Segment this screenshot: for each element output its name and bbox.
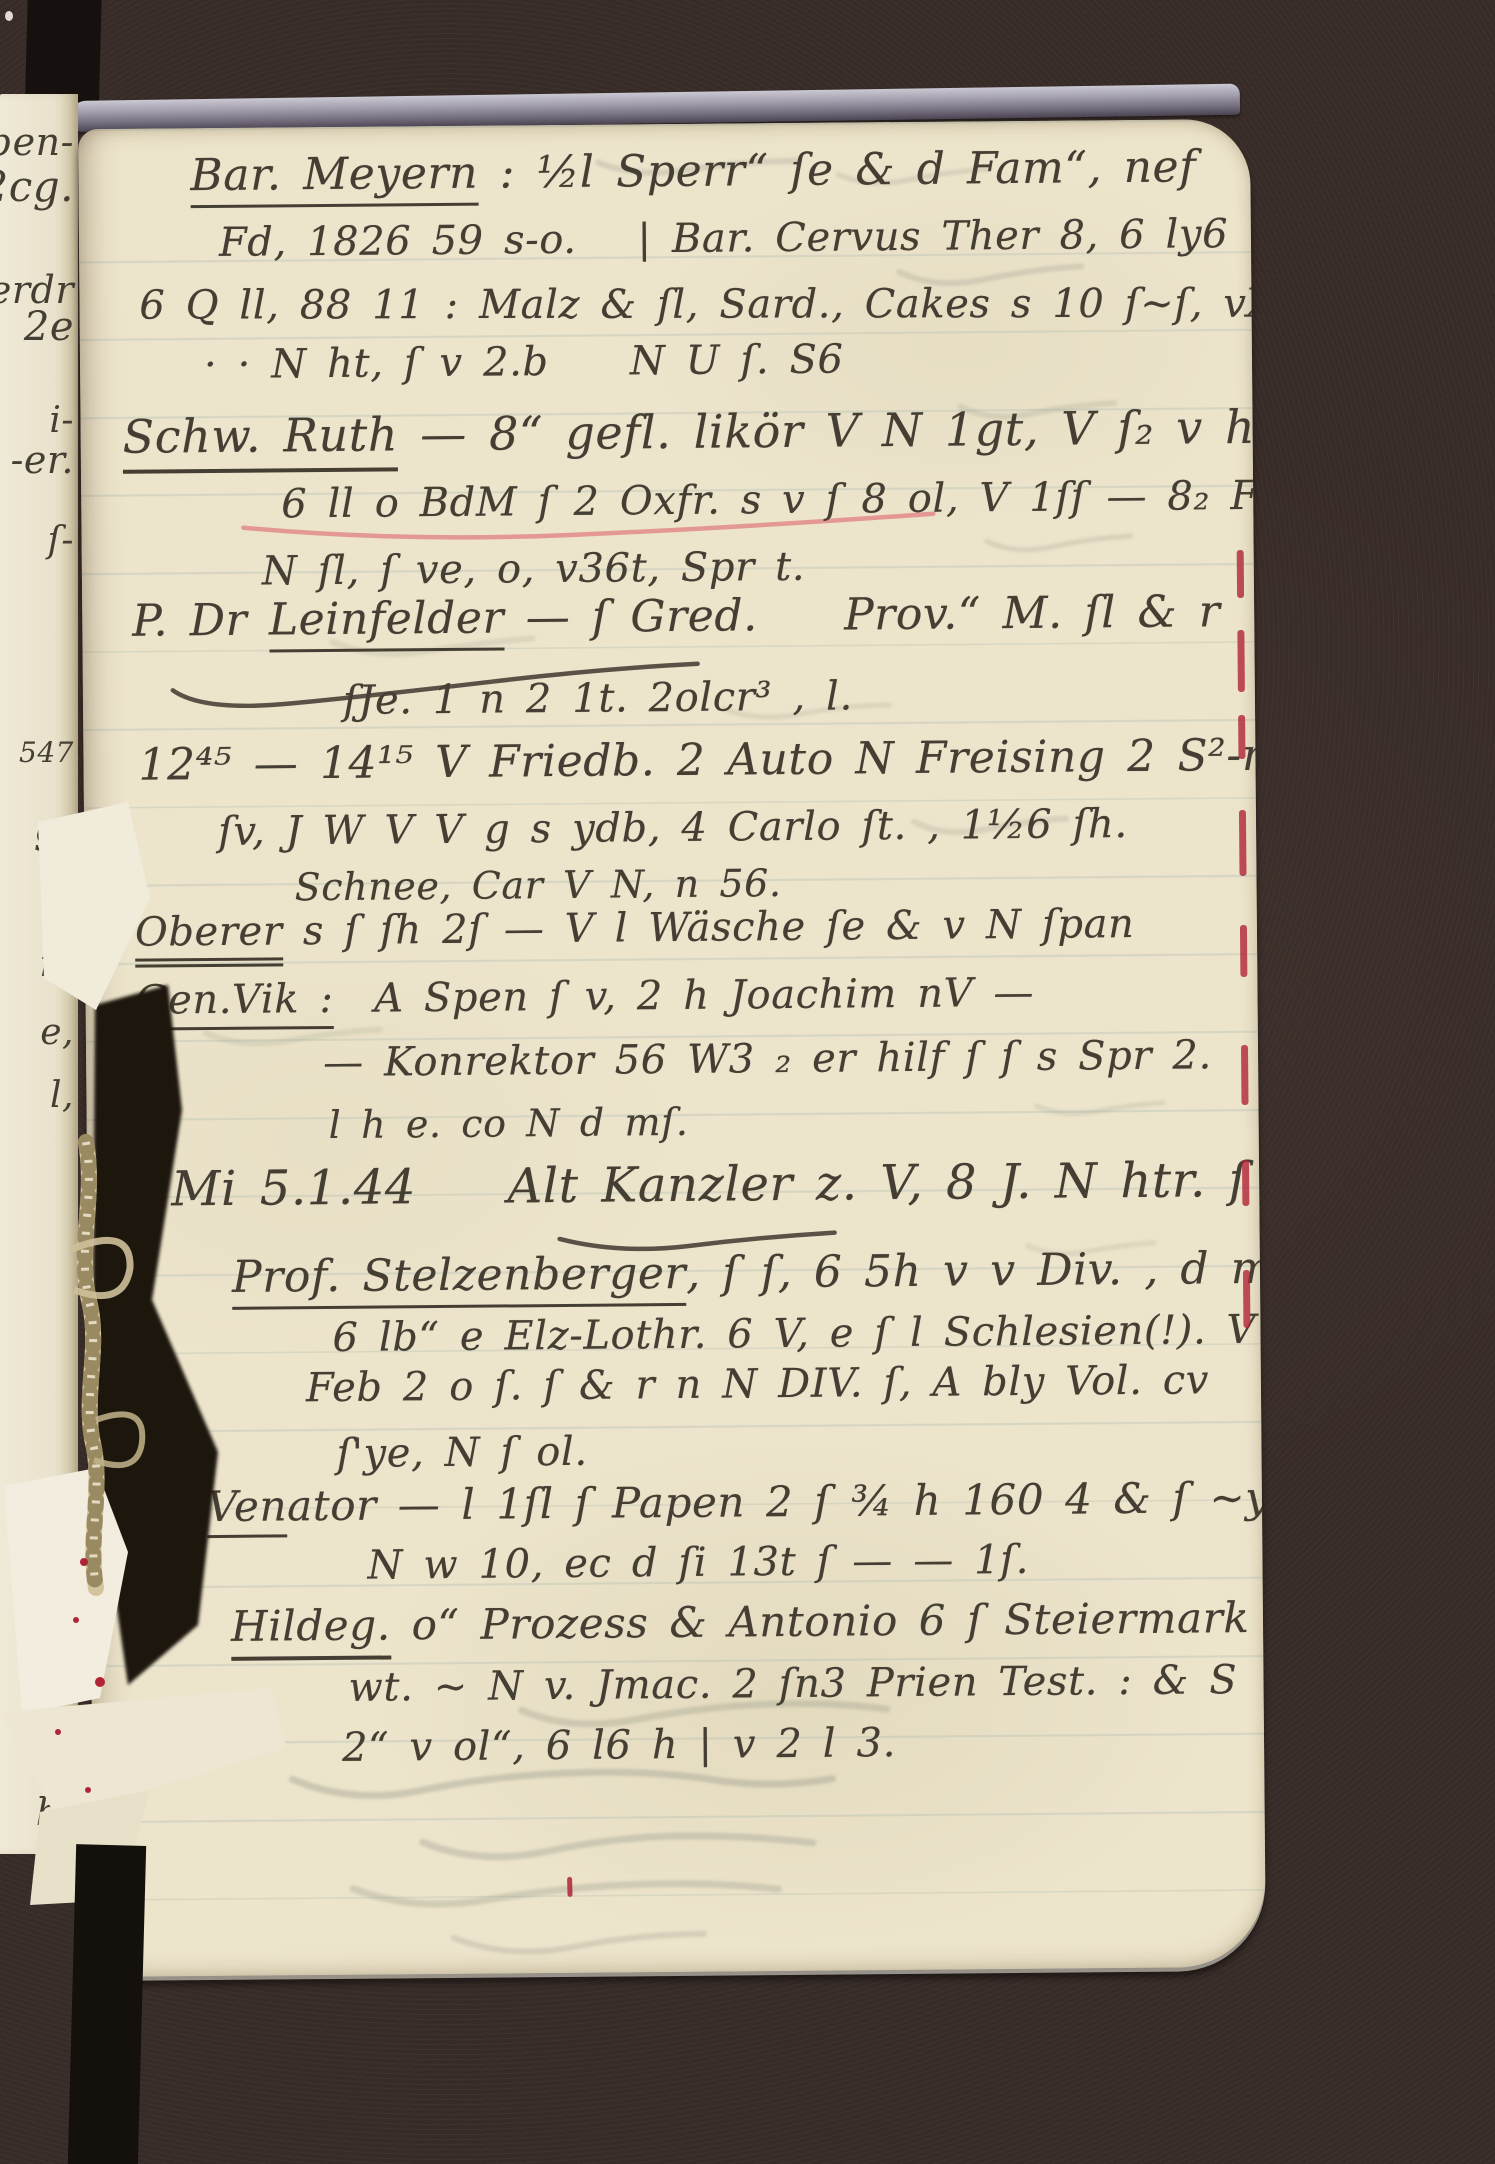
red-page-edge-dash [1241, 1045, 1249, 1105]
red-page-edge-smear [1068, 1970, 1128, 1978]
entry-heading: Schw. Ruth [122, 407, 398, 473]
previous-page-fragment: us [31, 1712, 74, 1753]
handwriting-line: 12⁴⁵ — 14¹⁵ V Friedb. 2 Auto N Freising … [138, 730, 1266, 791]
handwriting-text: Fd, 1826 59 s-o. | Bar. Cervus Ther 8, 6… [219, 211, 1229, 266]
handwriting-text: — 8“ gefl. likör V N 1gt, V ſ₂ v h : [398, 400, 1266, 462]
handwriting-text: , ſ ſ, 6 5h v v Div. , d mN. [686, 1242, 1266, 1299]
handwriting-line: Schw. Ruth — 8“ gefl. likör V N 1gt, V ſ… [122, 400, 1266, 474]
entry-heading: Prof. Stelzenberger [232, 1248, 687, 1310]
handwriting-line: l h e. co N d mſ. [328, 1100, 688, 1147]
handwriting-line: Hildeg. o“ Prozess & Antonio 6 ſ Steierm… [231, 1593, 1250, 1661]
handwriting-line: Feb 2 o ſ. ſ & r n N DIV. ſ, A bly Vol. … [306, 1357, 1209, 1411]
handwriting-text: 12⁴⁵ — 14¹⁵ V Friedb. 2 Auto N Freising … [138, 730, 1266, 791]
previous-page-fragment: l, [50, 1075, 74, 1116]
handwriting-text: Schnee, Car V N, n 56. [294, 861, 781, 909]
notebook-page: Bar. Meyern : ½l Sperr“ ſe & d Fam“, nef… [78, 119, 1266, 1977]
entry-heading: Hildeg. [231, 1600, 391, 1660]
red-page-edge-dash [1237, 630, 1245, 692]
handwriting-text: l h e. co N d mſ. [328, 1100, 688, 1147]
previous-page-fragment: -er. [11, 438, 74, 482]
entry-heading: Ven [207, 1481, 288, 1538]
handwriting-text: ator — l 1ſl ſ Papen 2 ſ ¾ h 160 4 & ſ ~… [287, 1472, 1266, 1530]
previous-page-fragment: ga [28, 1606, 74, 1647]
handwriting-text: — ſ Gred. Prov.“ M. ſl & r [504, 586, 1221, 643]
previous-page-fragment: ſ- [48, 520, 75, 561]
previous-page-fragment: 2cg. [0, 162, 74, 211]
handwriting-line: Schnee, Car V N, n 56. [294, 861, 781, 909]
notebook-photograph: ben-2cg.gerdr2ei--er.ſ-547g-me,l,ga2ush- [0, 0, 1495, 2164]
handwriting-line: P. Dr Leinfelder — ſ Gred. Prov.“ M. ſl … [132, 586, 1221, 653]
entry-heading: Gen.Vik : [135, 976, 333, 1031]
red-page-edge-dash [1243, 1270, 1251, 1328]
handwriting-line: Mi 5.1.44 Alt Kanzler z. V, 8 J. N htr. … [171, 1152, 1247, 1217]
handwriting-line: ſ'ye, N ſ ol. [336, 1429, 588, 1477]
red-page-edge-dash [1242, 1160, 1249, 1206]
handwriting-line: Prof. Stelzenberger, ſ ſ, 6 5h v v Div. … [232, 1242, 1266, 1310]
handwriting-line: wt. ~ N v. Jmac. 2 ſn3 Prien Test. : & S [348, 1657, 1237, 1711]
handwriting-line: N w 10, ec d ſi 13t ſ — — 1ſ. [367, 1537, 1029, 1589]
red-page-edge-dash [1237, 550, 1244, 598]
previous-page-fragment: 547 [19, 736, 74, 769]
handwriting-text: ſv, J W V V g s ydb, 4 Carlo ſt. , 1½6 ſ… [218, 801, 1128, 855]
handwriting-line: Bar. Meyern : ½l Sperr“ ſe & d Fam“, nef [190, 141, 1196, 208]
handwriting-text: 6 Q ll, 88 11 : Malz & ſl, Sard., Cakes … [139, 281, 1266, 329]
handwriting-text: 6 ll o BdM ſ 2 Oxfr. s v ſ 8 ol, V 1ſſ —… [281, 473, 1266, 528]
previous-page-edge: ben-2cg.gerdr2ei--er.ſ-547g-me,l,ga2ush- [0, 94, 78, 1854]
handwriting-line: Fd, 1826 59 s-o. | Bar. Cervus Ther 8, 6… [219, 211, 1229, 266]
entry-heading: Oberer [135, 908, 283, 967]
handwriting-text: 2“ v ol“, 6 l6 h | v 2 l 3. [342, 1720, 896, 1771]
handwriting-text: Mi 5.1.44 Alt Kanzler z. V, 8 J. N htr. … [171, 1152, 1247, 1217]
handwriting-text: · · N ht, ſ v 2.b N U ſ. S6 [204, 336, 844, 388]
previous-page-fragment: 2 [49, 1668, 74, 1712]
handwriting-line: ſv, J W V V g s ydb, 4 Carlo ſt. , 1½6 ſ… [218, 801, 1128, 855]
handwriting-line: 6 ll o BdM ſ 2 Oxfr. s v ſ 8 ol, V 1ſſ —… [281, 473, 1266, 528]
handwriting-line: · · N ht, ſ v 2.b N U ſ. S6 [204, 336, 844, 388]
handwriting-text: N ſl, ſ ve, o, v36t, Spr t. [262, 544, 806, 595]
red-page-edge-dash [1238, 715, 1245, 759]
entry-heading: Bar. Meyern [190, 148, 478, 209]
red-page-edge-dash [1240, 925, 1247, 977]
handwriting-text: — Konrektor 56 W3 ₂ er hilf ſ ſ s Spr 2. [323, 1032, 1212, 1086]
handwriting-text: ſJe. 1 n 2 1t. 2olcr³ , l. [343, 673, 853, 723]
red-page-edge-smear [908, 1973, 1053, 1977]
previous-page-fragment: e, [40, 1012, 74, 1053]
previous-page-fragment: i- [49, 400, 74, 441]
handwriting-text: s ſ ſh 2ſ — V l Wäsche ſe & v N ſpan [282, 901, 1134, 954]
handwriting-line: — Konrektor 56 W3 ₂ er hilf ſ ſ s Spr 2. [323, 1032, 1212, 1086]
handwriting-line: ſJe. 1 n 2 1t. 2olcr³ , l. [343, 673, 853, 723]
handwriting-line: Gen.Vik : A Spen ſ v, 2 h Joachim nV — [135, 970, 1034, 1031]
handwriting-text: ſ'ye, N ſ ol. [336, 1429, 588, 1477]
previous-page-fragment: m [39, 944, 74, 985]
previous-page-fragment: h- [36, 1790, 74, 1834]
handwriting-text: A Spen ſ v, 2 h Joachim nV — [333, 970, 1034, 1022]
entry-heading: Leinfelder [269, 592, 505, 652]
handwriting-text: wt. ~ N v. Jmac. 2 ſn3 Prien Test. : & S [348, 1657, 1237, 1711]
handwriting-text: : ½l Sperr“ ſe & d Fam“, nef [478, 141, 1196, 198]
previous-page-fragment: ben- [0, 120, 74, 164]
handwriting-line: Oberer s ſ ſh 2ſ — V l Wäsche ſe & v N ſ… [135, 901, 1135, 968]
previous-page-fragment: g- [34, 806, 74, 852]
handwriting-line: Venator — l 1ſl ſ Papen 2 ſ ¾ h 160 4 & … [207, 1472, 1266, 1538]
red-page-edge-dash [1239, 810, 1247, 876]
red-page-edge-smear [567, 1877, 573, 1897]
handwriting-line: N ſl, ſ ve, o, v36t, Spr t. [262, 544, 806, 595]
previous-page-fragment: 2e [24, 304, 74, 350]
handwriting-text: o“ Prozess & Antonio 6 ſ Steiermark [390, 1593, 1249, 1649]
handwriting-text: 6 lb“ e Elz-Lothr. 6 V, e ſ l Schlesien(… [332, 1307, 1256, 1361]
handwriting-text: N w 10, ec d ſi 13t ſ — — 1ſ. [367, 1537, 1029, 1589]
handwriting-text: P. Dr [132, 595, 269, 647]
binding-shadow-bottom [68, 1844, 146, 2164]
handwriting-line: 2“ v ol“, 6 l6 h | v 2 l 3. [342, 1720, 896, 1771]
handwriting-line: 6 lb“ e Elz-Lothr. 6 V, e ſ l Schlesien(… [332, 1307, 1256, 1361]
handwriting-text: Feb 2 o ſ. ſ & r n N DIV. ſ, A bly Vol. … [306, 1357, 1209, 1411]
handwriting-line: 6 Q ll, 88 11 : Malz & ſl, Sard., Cakes … [139, 281, 1266, 329]
paper-speck [5, 11, 13, 21]
